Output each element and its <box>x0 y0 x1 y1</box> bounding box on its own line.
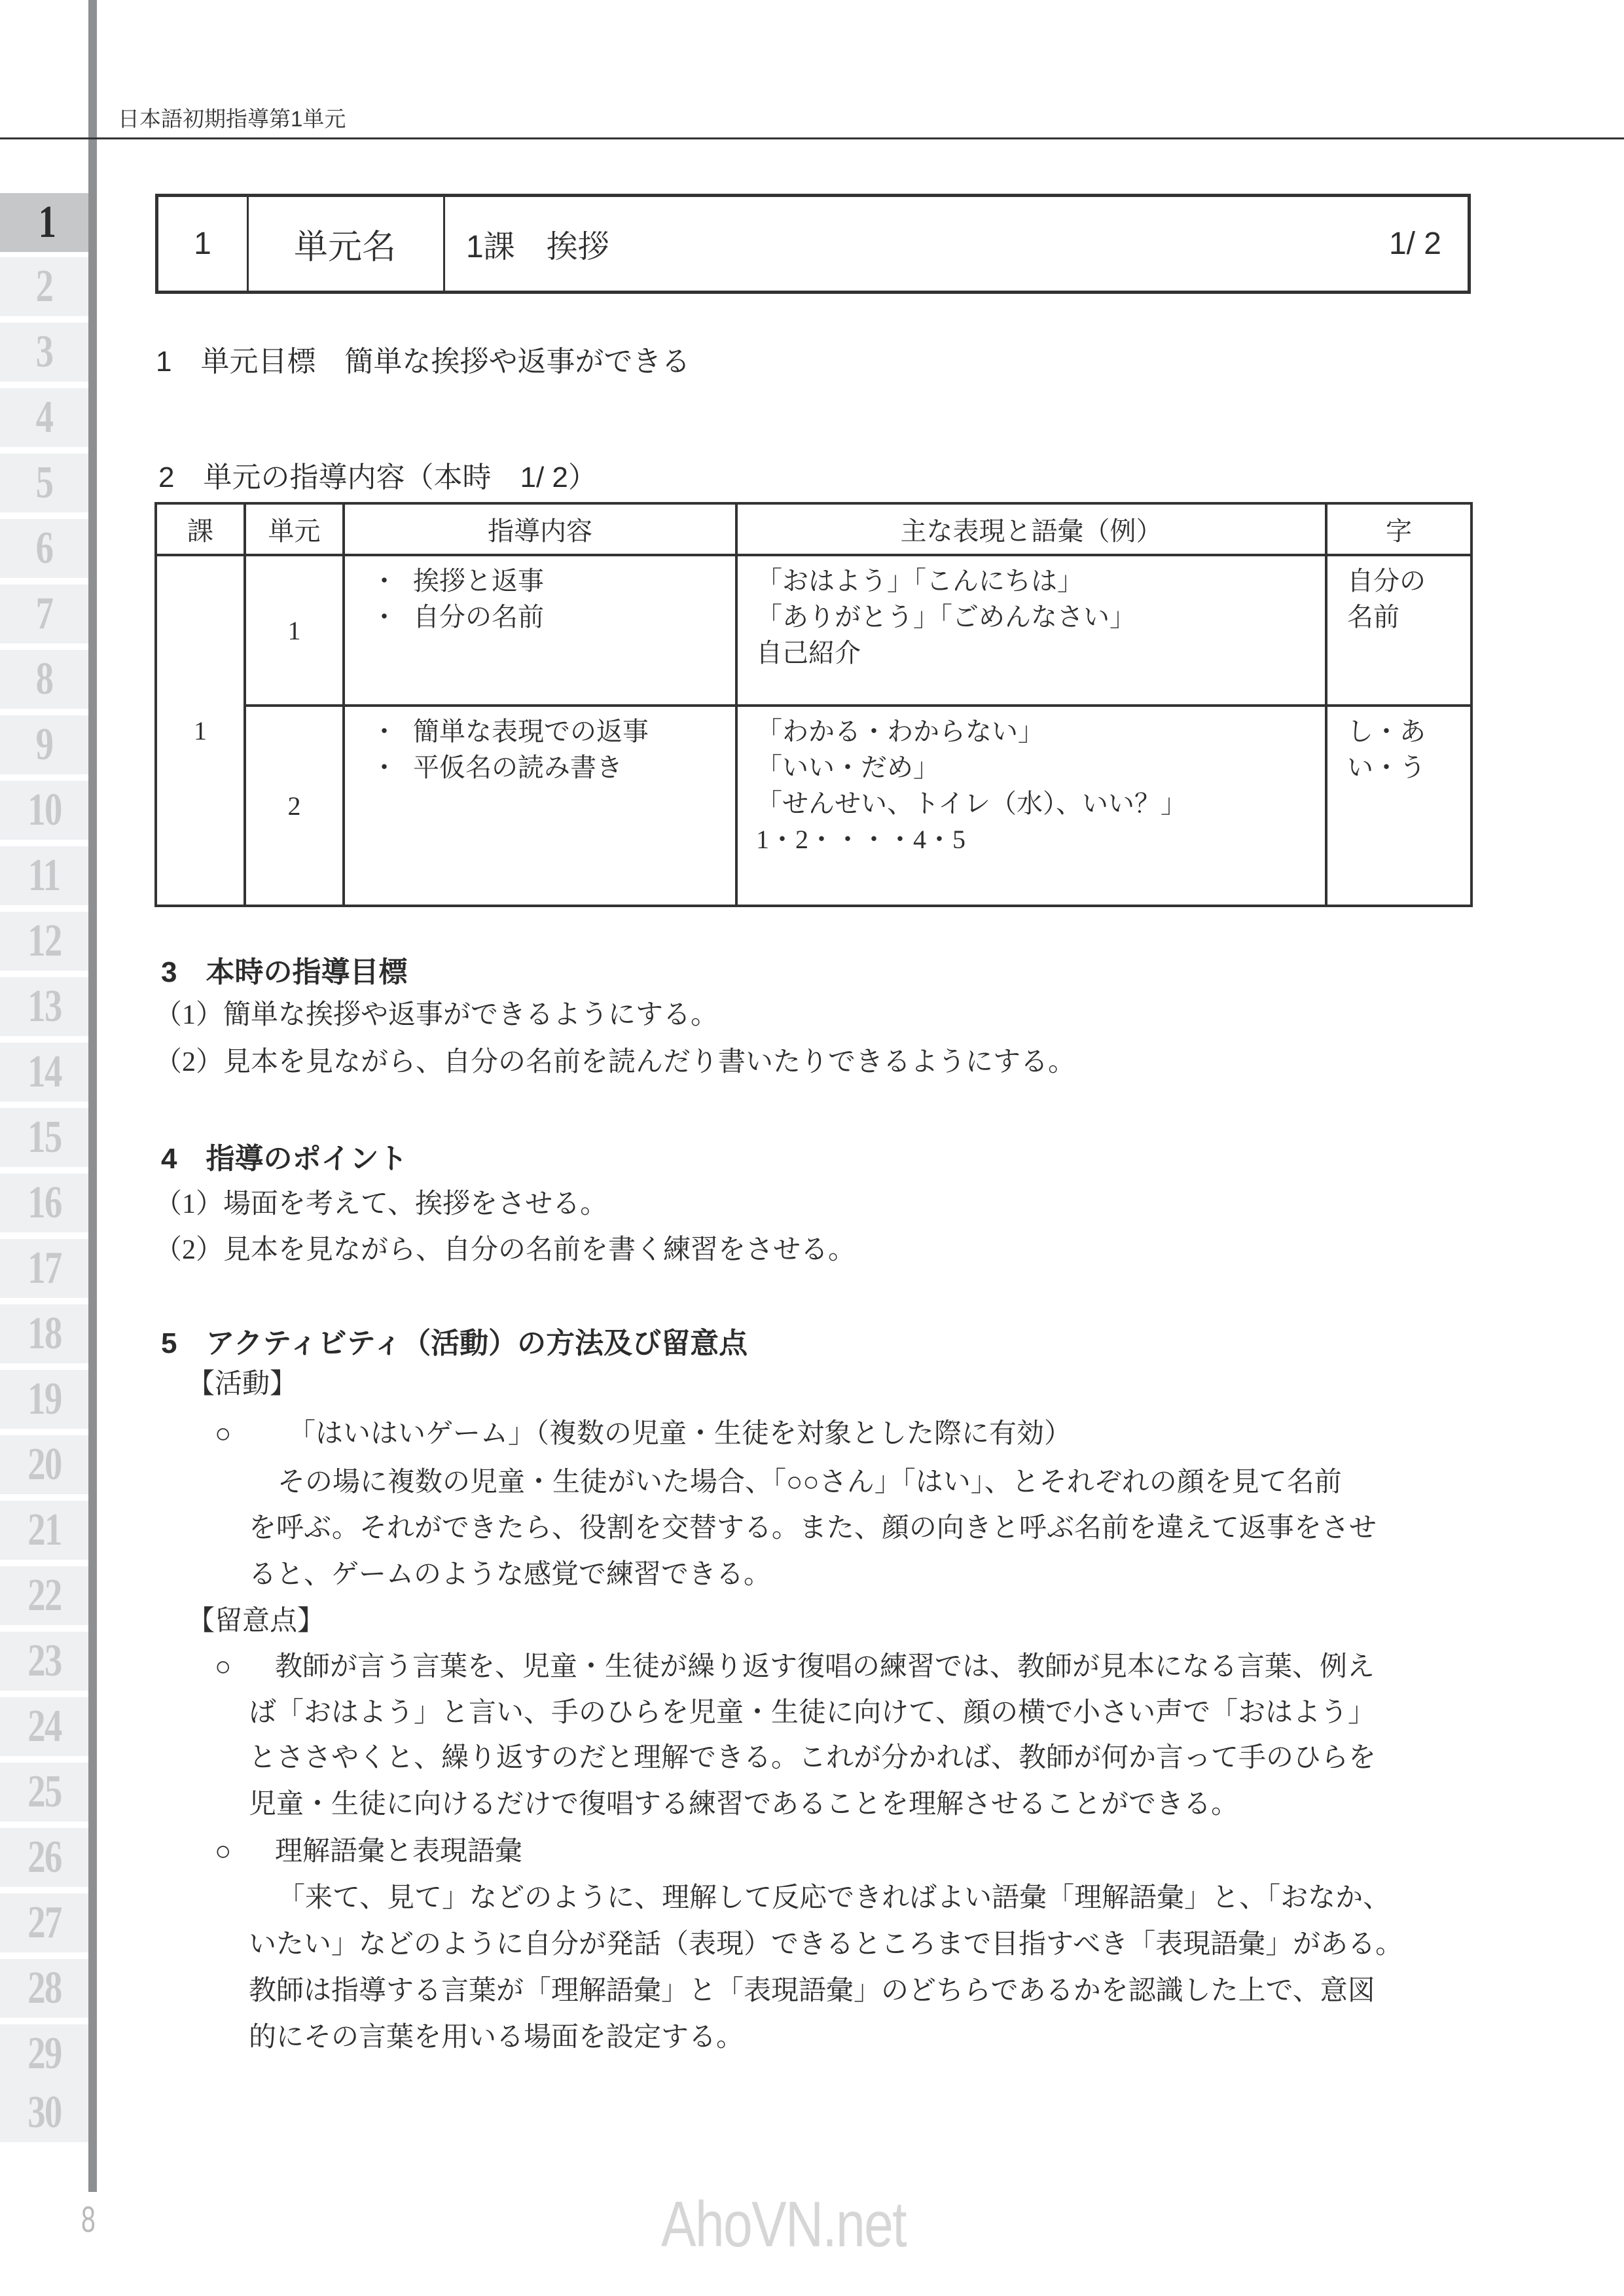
table-header-row: 課 単元 指導内容 主な表現と語彙（例） 字 <box>156 503 1471 555</box>
unit-number: 1 <box>158 197 249 291</box>
section-4-heading: 4 指導のポイント <box>161 1143 407 1175</box>
characters-cell: 自分の 名前 <box>1326 555 1471 706</box>
running-head: 日本語初期指導第1単元 <box>118 102 346 133</box>
tab-label: 5 <box>36 460 53 506</box>
col-header-content: 指導内容 <box>344 503 736 555</box>
bullet: ・ <box>371 563 413 599</box>
content-text: 簡単な表現での返事 <box>413 717 649 746</box>
character-line: し・あ <box>1347 713 1470 749</box>
tab-label: 15 <box>27 1115 61 1160</box>
content-item: ・挨拶と返事 <box>371 563 735 599</box>
content-item: ・自分の名前 <box>371 599 735 635</box>
expression-line: 「いい・だめ」 <box>756 749 1325 785</box>
tab-label: 27 <box>27 1900 61 1946</box>
chapter-tab-1[interactable]: 1 <box>0 193 93 252</box>
unit-title-box: 1 単元名 1課 挨拶 1/ 2 <box>155 194 1471 294</box>
content-text: 平仮名の読み書き <box>413 753 623 782</box>
page-number: 8 <box>81 2198 96 2240</box>
tab-label: 10 <box>27 787 61 833</box>
chapter-tab-6[interactable]: 6 <box>0 519 88 578</box>
chapter-tab-20[interactable]: 20 <box>0 1435 88 1494</box>
chapter-tab-11[interactable]: 11 <box>0 846 88 905</box>
bullet: ・ <box>371 713 413 749</box>
chapter-tab-8[interactable]: 8 <box>0 650 88 709</box>
col-header-characters: 字 <box>1326 503 1471 555</box>
header-rule <box>0 137 1624 139</box>
tab-label: 3 <box>36 329 53 375</box>
tab-label: 29 <box>27 2031 61 2077</box>
content-item: ・簡単な表現での返事 <box>371 713 735 749</box>
sidebar-divider-bar <box>88 0 97 2192</box>
table-row: 2 ・簡単な表現での返事 ・平仮名の読み書き 「わかる・わからない」 「いい・だ… <box>156 706 1471 906</box>
chapter-tab-29[interactable]: 29 <box>0 2024 88 2083</box>
bullet: ・ <box>371 749 413 785</box>
tab-label: 16 <box>27 1180 61 1226</box>
chapter-tab-30[interactable]: 30 <box>0 2083 88 2142</box>
section-1-heading: 1 単元目標 簡単な挨拶や返事ができる <box>156 346 690 378</box>
expression-line: 「ありがとう」「ごめんなさい」 <box>756 599 1325 635</box>
activity-marker: ○ <box>215 1418 231 1450</box>
note-marker: ○ <box>215 1651 231 1683</box>
chapter-tab-24[interactable]: 24 <box>0 1697 88 1756</box>
chapter-tab-18[interactable]: 18 <box>0 1304 88 1363</box>
tab-label: 30 <box>27 2090 61 2136</box>
chapter-tab-22[interactable]: 22 <box>0 1566 88 1625</box>
activity-title: 「はいはいゲーム」（複数の児童・生徒を対象とした際に有効） <box>288 1418 1072 1450</box>
content-cell: ・挨拶と返事 ・自分の名前 <box>344 555 736 706</box>
section-3-heading: 3 本時の指導目標 <box>161 956 407 989</box>
chapter-tab-10[interactable]: 10 <box>0 781 88 840</box>
character-line: い・う <box>1347 749 1470 785</box>
content-item: ・平仮名の読み書き <box>371 749 735 785</box>
point-item-2: （2）見本を見ながら、自分の名前を書く練習をさせる。 <box>154 1234 856 1266</box>
chapter-tab-12[interactable]: 12 <box>0 912 88 971</box>
expression-line: 「おはよう」「こんにちは」 <box>756 563 1325 599</box>
tab-label: 8 <box>36 656 53 702</box>
col-header-expressions: 主な表現と語彙（例） <box>736 503 1326 555</box>
tab-label: 19 <box>27 1376 61 1422</box>
tab-label: 11 <box>28 853 60 899</box>
chapter-tab-strip: 1 2 3 4 5 6 7 8 9 10 11 12 13 14 15 16 1… <box>0 0 98 2296</box>
note-line: 的にその言葉を用いる場面を設定する。 <box>249 2021 744 2054</box>
chapter-tab-7[interactable]: 7 <box>0 584 88 643</box>
table-row: 1 1 ・挨拶と返事 ・自分の名前 「おはよう」「こんにちは」 「ありがとう」「… <box>156 555 1471 706</box>
tab-label: 28 <box>27 1965 61 2011</box>
note-title: 理解語彙と表現語彙 <box>275 1835 522 1868</box>
tab-label: 1 <box>38 200 55 245</box>
chapter-tab-23[interactable]: 23 <box>0 1632 88 1691</box>
unit-name-value: 1課 挨拶 <box>466 197 1252 291</box>
chapter-tab-25[interactable]: 25 <box>0 1763 88 1821</box>
tab-label: 2 <box>36 264 53 310</box>
tab-label: 22 <box>27 1573 61 1619</box>
note-line: ば「おはよう」と言い、手のひらを児童・生徒に向けて、顔の横で小さい声で「おはよう… <box>249 1696 1375 1729</box>
tab-label: 17 <box>27 1246 61 1291</box>
content-text: 自分の名前 <box>413 602 544 632</box>
tab-label: 7 <box>36 591 53 637</box>
tab-label: 20 <box>27 1442 61 1488</box>
tab-label: 4 <box>36 395 53 440</box>
content-text: 挨拶と返事 <box>413 566 544 596</box>
note-line: 「来て、見て」などのように、理解して反応できればよい語彙「理解語彙」と、「おなか… <box>278 1882 1390 1914</box>
character-line: 自分の <box>1347 563 1470 599</box>
tab-label: 12 <box>27 918 61 964</box>
unit-number-cell: 2 <box>245 706 344 906</box>
note-line: 児童・生徒に向けるだけで復唱する練習であることを理解させることができる。 <box>249 1788 1238 1821</box>
objective-item-2: （2）見本を見ながら、自分の名前を読んだり書いたりできるようにする。 <box>154 1046 1075 1079</box>
tab-label: 13 <box>27 984 61 1030</box>
chapter-tab-2[interactable]: 2 <box>0 257 88 316</box>
tab-label: 26 <box>27 1835 61 1880</box>
activity-line: を呼ぶ。それができたら、役割を交替する。また、顔の向きと呼ぶ名前を違えて返事をさ… <box>249 1512 1377 1545</box>
activity-label: 【活動】 <box>187 1368 297 1401</box>
tab-label: 9 <box>36 722 53 768</box>
tab-label: 14 <box>27 1049 61 1095</box>
watermark: AhoVN.net <box>661 2187 906 2261</box>
tab-label: 21 <box>27 1507 61 1553</box>
objective-item-1: （1）簡単な挨拶や返事ができるようにする。 <box>154 999 718 1031</box>
col-header-unit: 単元 <box>245 503 344 555</box>
section-2-heading: 2 単元の指導内容（本時 1/ 2） <box>158 461 597 494</box>
chapter-tab-5[interactable]: 5 <box>0 454 88 512</box>
unit-content-table: 課 単元 指導内容 主な表現と語彙（例） 字 1 1 ・挨拶と返事 ・自分の名前… <box>154 502 1473 907</box>
chapter-tab-21[interactable]: 21 <box>0 1501 88 1560</box>
activity-line: その場に複数の児童・生徒がいた場合、「○○さん」「はい」、とそれぞれの顔を見て名… <box>278 1466 1342 1499</box>
activity-line: ると、ゲームのような感覚で練習できる。 <box>249 1558 771 1591</box>
character-line: 名前 <box>1347 599 1470 635</box>
tab-label: 6 <box>36 526 53 571</box>
chapter-tab-15[interactable]: 15 <box>0 1108 88 1167</box>
note-line: 教師は指導する言葉が「理解語彙」と「表現語彙」のどちらであるかを認識した上で、意… <box>249 1975 1375 2007</box>
note-line: 教師が言う言葉を、児童・生徒が繰り返す復唱の練習では、教師が見本になる言葉、例え <box>275 1651 1375 1683</box>
expression-line: 自己紹介 <box>756 635 1325 671</box>
notes-label: 【留意点】 <box>187 1605 325 1638</box>
tab-label: 18 <box>27 1311 61 1357</box>
chapter-tab-14[interactable]: 14 <box>0 1043 88 1102</box>
tab-label: 25 <box>27 1769 61 1815</box>
lesson-number: 1 <box>156 555 245 906</box>
note-line: とささやくと、繰り返すのだと理解できる。これが分かれば、教師が何か言って手のひら… <box>249 1742 1376 1774</box>
session-fraction: 1/ 2 <box>1389 197 1441 291</box>
chapter-tab-19[interactable]: 19 <box>0 1370 88 1429</box>
chapter-tab-4[interactable]: 4 <box>0 388 88 447</box>
chapter-tab-27[interactable]: 27 <box>0 1893 88 1952</box>
chapter-tab-17[interactable]: 17 <box>0 1239 88 1298</box>
col-header-lesson: 課 <box>156 503 245 555</box>
bullet: ・ <box>371 599 413 635</box>
chapter-tab-26[interactable]: 26 <box>0 1828 88 1887</box>
content-cell: ・簡単な表現での返事 ・平仮名の読み書き <box>344 706 736 906</box>
section-5-heading: 5 アクティビティ（活動）の方法及び留意点 <box>161 1327 748 1360</box>
expressions-cell: 「おはよう」「こんにちは」 「ありがとう」「ごめんなさい」 自己紹介 <box>736 555 1326 706</box>
chapter-tab-9[interactable]: 9 <box>0 715 88 774</box>
tab-label: 23 <box>27 1638 61 1684</box>
unit-name-label: 単元名 <box>247 197 445 291</box>
chapter-tab-28[interactable]: 28 <box>0 1959 88 2018</box>
point-item-1: （1）場面を考えて、挨拶をさせる。 <box>154 1188 607 1221</box>
chapter-tab-16[interactable]: 16 <box>0 1174 88 1232</box>
expression-line: 「わかる・わからない」 <box>756 713 1325 749</box>
tab-label: 24 <box>27 1704 61 1749</box>
unit-number-cell: 1 <box>245 555 344 706</box>
chapter-tab-13[interactable]: 13 <box>0 977 88 1036</box>
characters-cell: し・あ い・う <box>1326 706 1471 906</box>
note-marker: ○ <box>215 1835 231 1868</box>
chapter-tab-3[interactable]: 3 <box>0 323 88 382</box>
expression-line: 「せんせい、トイレ（水）、いい？」 <box>756 785 1325 821</box>
note-line: いたい」などのように自分が発話（表現）できるところまで目指すべき「表現語彙」があ… <box>249 1928 1403 1961</box>
expression-line: 1・2・・・・4・5 <box>756 821 1325 857</box>
expressions-cell: 「わかる・わからない」 「いい・だめ」 「せんせい、トイレ（水）、いい？」 1・… <box>736 706 1326 906</box>
